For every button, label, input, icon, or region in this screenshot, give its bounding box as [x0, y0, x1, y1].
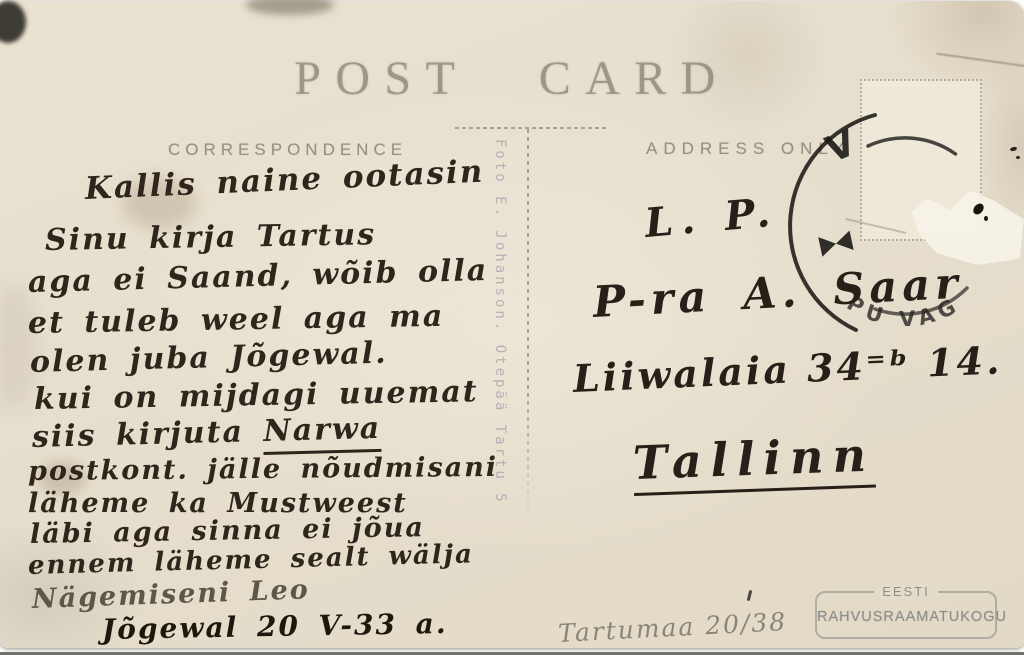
- smudge: [246, 0, 334, 15]
- text-segment: kui on mijdagi uuemat: [34, 374, 479, 417]
- text-segment: postkont. jälle nõudmisani: [28, 452, 498, 487]
- text-segment: Nägemiseni Leo: [31, 574, 310, 615]
- text-segment: olen juba Jõgewal.: [30, 336, 388, 380]
- message-line: postkont. jälle nõudmisani: [28, 452, 498, 487]
- message-line: et tuleb weel aga ma: [28, 299, 445, 341]
- message-line: Sinu kirja Tartus: [45, 217, 377, 258]
- postmark-letter: V: [820, 123, 861, 172]
- correspondence-label: CORRESPONDENCE: [168, 140, 407, 160]
- ink-speck: [747, 590, 753, 601]
- postcard: POST CARD CORRESPONDENCE ADDRESS ONLY V …: [0, 1, 1024, 648]
- message-line: aga ei Saand, wõib olla: [28, 253, 489, 300]
- text-segment: Sinu kirja Tartus: [45, 217, 377, 258]
- library-stamp-line2: RAHVUSRAAMATUKOGU: [817, 609, 995, 625]
- postcard-scan: POST CARD CORRESPONDENCE ADDRESS ONLY V …: [0, 0, 1024, 655]
- message-text: Kallis naine ootasinSinu kirja Tartusaga…: [28, 161, 543, 655]
- address-line: Tallinn: [632, 428, 876, 490]
- library-stamp: EESTI RAHVUSRAAMATUKOGU: [815, 591, 997, 639]
- underlined-text: Narwa: [263, 411, 382, 455]
- postmark-inner-arc-top: [868, 138, 956, 154]
- ink-speck: [1010, 146, 1018, 152]
- message-line: kui on mijdagi uuemat: [34, 374, 479, 417]
- message-line: olen juba Jõgewal.: [30, 336, 388, 380]
- message-line: Kallis naine ootasin: [84, 154, 485, 207]
- ink-speck: [984, 216, 988, 221]
- text-segment: Kallis naine ootasin: [84, 154, 485, 207]
- address-line: L. P.: [643, 188, 780, 246]
- message-line: Nägemiseni Leo: [31, 574, 310, 615]
- text-segment: et tuleb weel aga ma: [28, 299, 445, 341]
- message-line: Jõgewal 20 V-33 a.: [102, 607, 448, 646]
- text-segment: siis kirjuta: [32, 414, 264, 455]
- address-line: Liiwalaia 34⁼ᵇ 14.: [572, 337, 1003, 401]
- message-line: siis kirjuta Narwa: [32, 411, 382, 455]
- corner-ink-blob: [0, 1, 26, 43]
- pencil-note: Tartumaa 20/38: [557, 607, 787, 648]
- text-segment: P-ra A. Saar: [592, 259, 964, 328]
- text-segment: aga ei Saand, wõib olla: [28, 253, 489, 300]
- text-segment: Liiwalaia 34⁼ᵇ 14.: [572, 337, 1003, 401]
- address-line: P-ra A. Saar: [592, 259, 964, 328]
- ink-speck: [1016, 156, 1020, 159]
- divider-horizontal: [455, 127, 608, 129]
- text-segment: L. P.: [643, 188, 780, 246]
- text-segment: Jõgewal 20 V-33 a.: [102, 607, 448, 646]
- underlined-text: Tallinn: [632, 428, 876, 496]
- address-text: L. P.P-ra A. SaarLiiwalaia 34⁼ᵇ 14.Talli…: [555, 186, 1020, 506]
- library-stamp-line1: EESTI: [874, 584, 938, 599]
